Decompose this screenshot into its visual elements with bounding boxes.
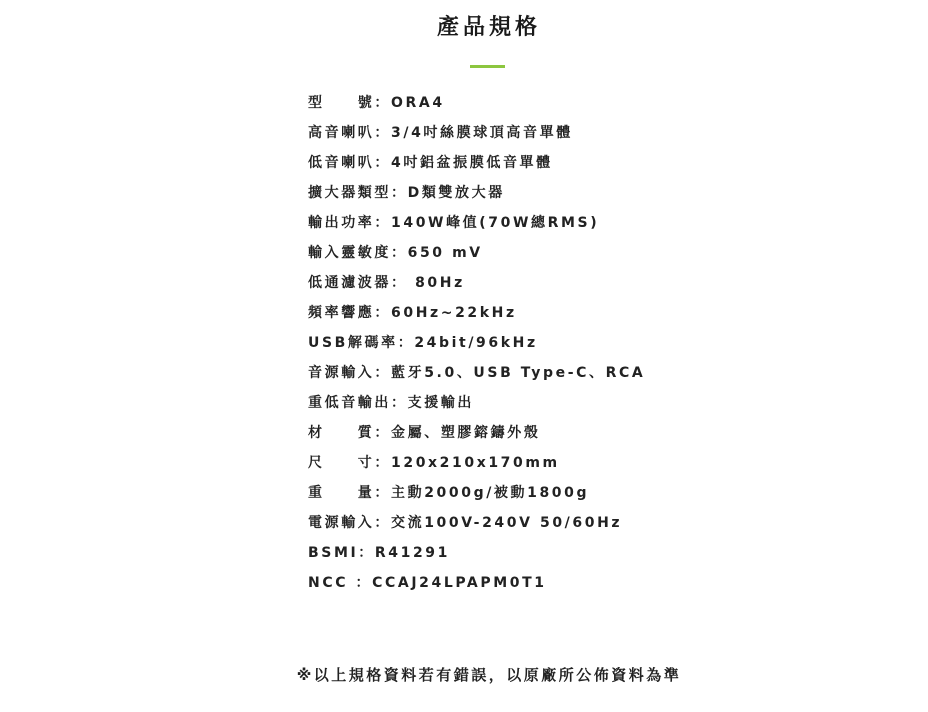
spec-separator: ： [374,215,391,231]
spec-separator: ： [356,575,373,591]
spec-row: USB解碼率：24bit/96kHz [308,332,645,362]
spec-row: 高音喇叭：3/4吋絲膜球頂高音單體 [308,122,645,152]
spec-value: 650 mV [408,245,483,261]
spec-separator: ： [374,425,391,441]
spec-row: 低音喇叭：4吋鋁盆振膜低音單體 [308,152,645,182]
spec-value: 24bit/96kHz [414,335,537,351]
spec-row: 低通濾波器： 80Hz [308,272,645,302]
spec-separator: ： [391,185,408,201]
spec-separator: ： [374,365,391,381]
spec-value: 60Hz~22kHz [391,305,517,321]
spec-row: 重低音輸出：支援輸出 [308,392,645,422]
spec-label: 輸入靈敏度 [308,245,391,261]
spec-separator: ： [398,335,415,351]
spec-separator: ： [374,515,391,531]
spec-separator: ： [374,485,391,501]
page-title: 產品規格 [0,10,928,41]
spec-label: 電源輸入 [308,515,374,531]
spec-value: 藍牙5.0、USB Type-C、RCA [391,365,645,381]
spec-separator: ： [391,245,408,261]
spec-row: 頻率響應：60Hz~22kHz [308,302,645,332]
spec-value: 120x210x170mm [391,455,560,471]
spec-label: 材 質 [308,425,374,441]
disclaimer-note: ※以上規格資料若有錯誤，以原廠所公佈資料為準 [0,664,928,685]
spec-label: 高音喇叭 [308,125,374,141]
spec-row: 音源輸入：藍牙5.0、USB Type-C、RCA [308,362,645,392]
spec-separator: ： [391,395,408,411]
spec-row: 輸入靈敏度：650 mV [308,242,645,272]
spec-row: 重 量：主動2000g/被動1800g [308,482,645,512]
spec-separator: ： [391,275,408,291]
spec-row: NCC ：CCAJ24LPAPM0T1 [308,572,645,602]
spec-separator: ： [374,125,391,141]
spec-separator: ： [374,155,391,171]
spec-label: 重低音輸出 [308,395,391,411]
spec-label: 音源輸入 [308,365,374,381]
spec-row: 擴大器類型：D類雙放大器 [308,182,645,212]
spec-value: 交流100V-240V 50/60Hz [391,515,622,531]
spec-row: BSMI：R41291 [308,542,645,572]
spec-value: 3/4吋絲膜球頂高音單體 [391,125,573,141]
spec-label: 低通濾波器 [308,275,391,291]
title-accent-divider [470,65,505,68]
spec-label: 尺 寸 [308,455,374,471]
spec-label: USB解碼率 [308,335,398,351]
spec-separator: ： [374,95,391,111]
spec-row: 材 質：金屬、塑膠鎔鑄外殼 [308,422,645,452]
spec-value: 主動2000g/被動1800g [391,485,589,501]
spec-value: D類雙放大器 [408,185,505,201]
spec-value: 140W峰值(70W總RMS) [391,215,599,231]
spec-separator: ： [374,305,391,321]
spec-value: 80Hz [408,275,465,291]
spec-label: 擴大器類型 [308,185,391,201]
spec-separator: ： [374,455,391,471]
spec-row: 尺 寸：120x210x170mm [308,452,645,482]
spec-row: 型 號：ORA4 [308,92,645,122]
spec-value: CCAJ24LPAPM0T1 [372,575,546,591]
spec-label: 型 號 [308,95,374,111]
spec-label: BSMI [308,545,358,561]
spec-value: R41291 [375,545,450,561]
spec-label: 輸出功率 [308,215,374,231]
spec-value: 支援輸出 [408,395,474,411]
spec-list: 型 號：ORA4 高音喇叭：3/4吋絲膜球頂高音單體 低音喇叭：4吋鋁盆振膜低音… [308,92,645,602]
spec-row: 電源輸入：交流100V-240V 50/60Hz [308,512,645,542]
spec-label: 重 量 [308,485,374,501]
spec-label: NCC [308,575,356,591]
spec-value: 4吋鋁盆振膜低音單體 [391,155,553,171]
spec-row: 輸出功率：140W峰值(70W總RMS) [308,212,645,242]
spec-separator: ： [358,545,375,561]
spec-label: 低音喇叭 [308,155,374,171]
spec-value: 金屬、塑膠鎔鑄外殼 [391,425,540,441]
spec-label: 頻率響應 [308,305,374,321]
spec-value: ORA4 [391,95,445,111]
